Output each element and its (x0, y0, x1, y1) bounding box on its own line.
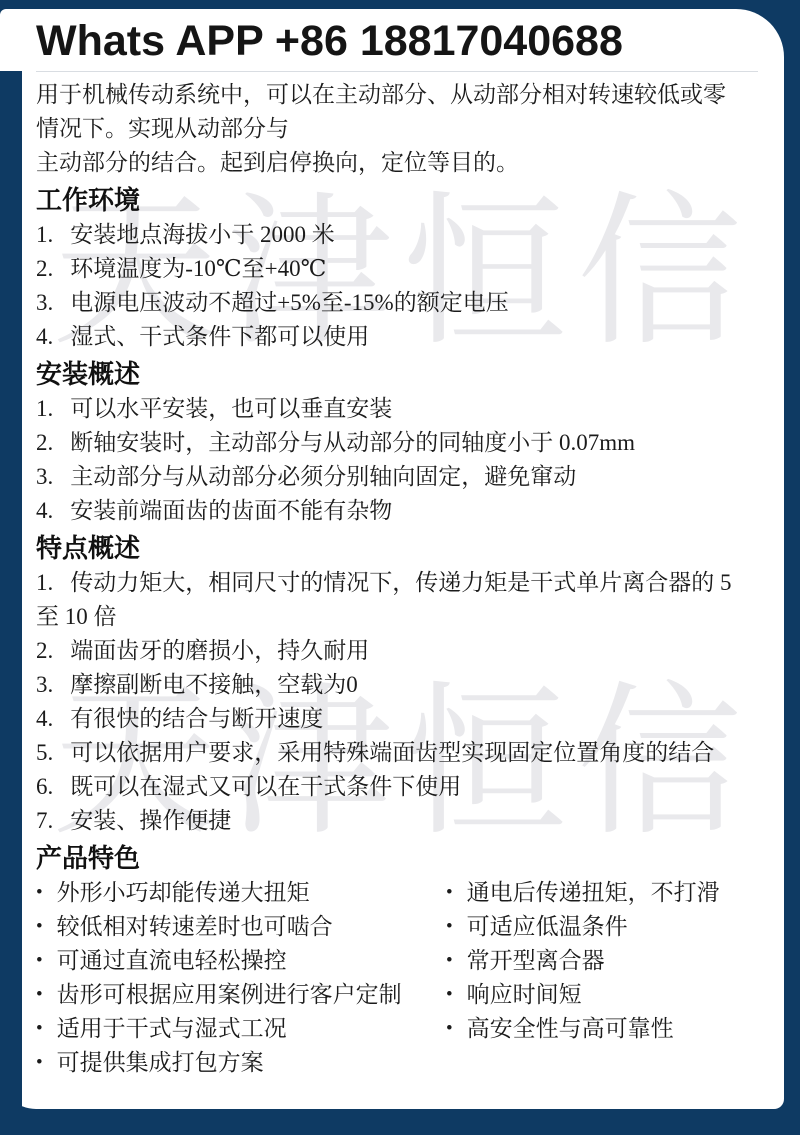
list-item: 较低相对转速差时也可啮合 (36, 911, 446, 945)
highlight-columns: 外形小巧却能传递大扭矩 较低相对转速差时也可啮合 可通过直流电轻松操控 齿形可根… (36, 877, 758, 1081)
document-content: Whats APP +86 18817040688 用于机械传动系统中，可以在主… (0, 9, 784, 1081)
page-frame: 天津恒信 天津恒信 Whats APP +86 18817040688 用于机械… (0, 0, 800, 1135)
intro-line: 主动部分的结合。起到启停换向，定位等目的。 (36, 146, 758, 180)
list-item: 可以依据用户要求，采用特殊端面齿型实现固定位置角度的结合 (36, 736, 758, 770)
section-heading-work-env: 工作环境 (36, 184, 758, 217)
left-border-strip (0, 71, 22, 1109)
list-item: 既可以在湿式又可以在干式条件下使用 (36, 770, 758, 804)
list-item: 摩擦副断电不接触，空载为0 (36, 668, 758, 702)
list-item: 电源电压波动不超过+5%至-15%的额定电压 (36, 286, 758, 320)
content-card: 天津恒信 天津恒信 Whats APP +86 18817040688 用于机械… (0, 9, 784, 1109)
install-list: 可以水平安装，也可以垂直安装 断轴安装时，主动部分与从动部分的同轴度小于 0.0… (36, 392, 758, 528)
list-item: 可通过直流电轻松操控 (36, 945, 446, 979)
list-item: 可提供集成打包方案 (36, 1047, 446, 1081)
highlights-right-column: 通电后传递扭矩，不打滑 可适应低温条件 常开型离合器 响应时间短 高安全性与高可… (446, 877, 758, 1081)
list-item: 高安全性与高可靠性 (446, 1013, 758, 1047)
header: Whats APP +86 18817040688 (36, 9, 758, 72)
list-item: 响应时间短 (446, 979, 758, 1013)
section-heading-product-highlights: 产品特色 (36, 842, 758, 875)
section-heading-install: 安装概述 (36, 358, 758, 391)
intro-line: 情况下。实现从动部分与 (36, 112, 758, 146)
list-item: 传动力矩大，相同尺寸的情况下，传递力矩是干式单片离合器的 5 至 10 倍 (36, 566, 758, 634)
list-item: 安装前端面齿的齿面不能有杂物 (36, 494, 758, 528)
list-item: 端面齿牙的磨损小，持久耐用 (36, 634, 758, 668)
list-item: 适用于干式与湿式工况 (36, 1013, 446, 1047)
list-item: 可以水平安装，也可以垂直安装 (36, 392, 758, 426)
list-item: 环境温度为-10℃至+40℃ (36, 252, 758, 286)
list-item: 主动部分与从动部分必须分别轴向固定，避免窜动 (36, 460, 758, 494)
highlights-left-column: 外形小巧却能传递大扭矩 较低相对转速差时也可啮合 可通过直流电轻松操控 齿形可根… (36, 877, 446, 1081)
list-item: 安装、操作便捷 (36, 804, 758, 838)
list-item: 齿形可根据应用案例进行客户定制 (36, 979, 446, 1013)
intro-paragraph: 用于机械传动系统中，可以在主动部分、从动部分相对转速较低或零 情况下。实现从动部… (36, 78, 758, 180)
intro-line: 用于机械传动系统中，可以在主动部分、从动部分相对转速较低或零 (36, 78, 758, 112)
section-heading-features: 特点概述 (36, 532, 758, 565)
list-item: 湿式、干式条件下都可以使用 (36, 320, 758, 354)
list-item: 断轴安装时，主动部分与从动部分的同轴度小于 0.07mm (36, 426, 758, 460)
list-item: 外形小巧却能传递大扭矩 (36, 877, 446, 911)
features-list: 传动力矩大，相同尺寸的情况下，传递力矩是干式单片离合器的 5 至 10 倍 端面… (36, 566, 758, 838)
list-item: 有很快的结合与断开速度 (36, 702, 758, 736)
work-env-list: 安装地点海拔小于 2000 米 环境温度为-10℃至+40℃ 电源电压波动不超过… (36, 218, 758, 354)
list-item: 通电后传递扭矩，不打滑 (446, 877, 758, 911)
list-item: 可适应低温条件 (446, 911, 758, 945)
whatsapp-contact-title: Whats APP +86 18817040688 (36, 16, 758, 66)
list-item: 常开型离合器 (446, 945, 758, 979)
list-item: 安装地点海拔小于 2000 米 (36, 218, 758, 252)
